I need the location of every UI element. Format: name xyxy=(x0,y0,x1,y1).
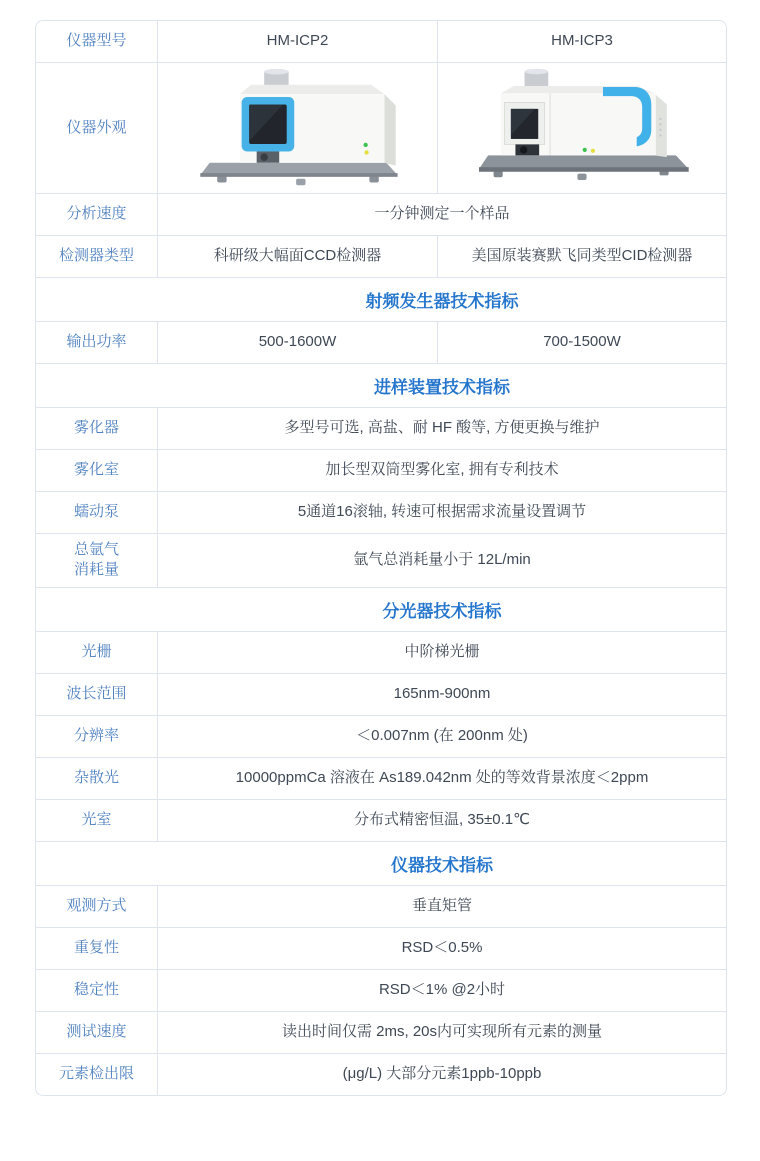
section-header-row: 仪器技术指标 xyxy=(36,841,726,885)
value-cell: (μg/L) 大部分元素1ppb-10ppb xyxy=(158,1054,726,1095)
value-cell: 10000ppmCa 溶液在 As189.042nm 处的等效背景浓度＜2ppm xyxy=(158,758,726,799)
table-row: 测试速度读出时间仅需 2ms, 20s内可实现所有元素的测量 xyxy=(36,1011,726,1053)
hm-icp2-product-image xyxy=(158,63,438,193)
table-row: 重复性RSD＜0.5% xyxy=(36,927,726,969)
spec-sheet-page: 仪器型号HM-ICP2HM-ICP3仪器外观 xyxy=(0,0,760,1161)
row-label: 稳定性 xyxy=(36,970,158,1011)
table-row: 输出功率500-1600W700-1500W xyxy=(36,321,726,363)
table-row: 元素检出限(μg/L) 大部分元素1ppb-10ppb xyxy=(36,1053,726,1095)
section-title: 仪器技术指标 xyxy=(158,842,726,885)
row-label: 杂散光 xyxy=(36,758,158,799)
value-cell: 中阶梯光栅 xyxy=(158,632,726,673)
table-row: 光室分布式精密恒温, 35±0.1℃ xyxy=(36,799,726,841)
value-cell: HM-ICP3 xyxy=(438,21,726,62)
value-cell: 垂直矩管 xyxy=(158,886,726,927)
row-label: 仪器外观 xyxy=(36,63,158,193)
row-label: 观测方式 xyxy=(36,886,158,927)
table-row: 稳定性RSD＜1% @2小时 xyxy=(36,969,726,1011)
table-row: 雾化器多型号可选, 高盐、耐 HF 酸等, 方便更换与维护 xyxy=(36,407,726,449)
value-cell: 165nm-900nm xyxy=(158,674,726,715)
value-cell: 科研级大幅面CCD检测器 xyxy=(158,236,438,277)
row-label: 分辨率 xyxy=(36,716,158,757)
table-row: 仪器型号HM-ICP2HM-ICP3 xyxy=(36,21,726,62)
row-label: 蠕动泵 xyxy=(36,492,158,533)
row-label: 雾化室 xyxy=(36,450,158,491)
value-cell: 氩气总消耗量小于 12L/min xyxy=(158,534,726,587)
value-cell: HM-ICP2 xyxy=(158,21,438,62)
spec-table: 仪器型号HM-ICP2HM-ICP3仪器外观 xyxy=(35,20,727,1096)
value-cell: 700-1500W xyxy=(438,322,726,363)
row-label: 总氩气 消耗量 xyxy=(36,534,158,587)
table-row: 总氩气 消耗量氩气总消耗量小于 12L/min xyxy=(36,533,726,587)
table-row: 观测方式垂直矩管 xyxy=(36,885,726,927)
value-cell: 一分钟测定一个样品 xyxy=(158,194,726,235)
value-cell: 500-1600W xyxy=(158,322,438,363)
table-row: 波长范围165nm-900nm xyxy=(36,673,726,715)
row-label: 测试速度 xyxy=(36,1012,158,1053)
value-cell: 读出时间仅需 2ms, 20s内可实现所有元素的测量 xyxy=(158,1012,726,1053)
hm-icp3-product-image xyxy=(438,63,726,193)
section-title: 射频发生器技术指标 xyxy=(158,278,726,321)
section-header-row: 分光器技术指标 xyxy=(36,587,726,631)
table-row: 杂散光10000ppmCa 溶液在 As189.042nm 处的等效背景浓度＜2… xyxy=(36,757,726,799)
row-label: 光栅 xyxy=(36,632,158,673)
value-cell: RSD＜1% @2小时 xyxy=(158,970,726,1011)
row-label: 检测器类型 xyxy=(36,236,158,277)
value-cell: 5通道16滚轴, 转速可根据需求流量设置调节 xyxy=(158,492,726,533)
table-row: 分析速度一分钟测定一个样品 xyxy=(36,193,726,235)
section-title: 分光器技术指标 xyxy=(158,588,726,631)
row-label: 重复性 xyxy=(36,928,158,969)
table-row: 仪器外观 xyxy=(36,62,726,193)
table-row: 蠕动泵5通道16滚轴, 转速可根据需求流量设置调节 xyxy=(36,491,726,533)
table-row: 检测器类型科研级大幅面CCD检测器美国原装赛默飞同类型CID检测器 xyxy=(36,235,726,277)
row-label: 分析速度 xyxy=(36,194,158,235)
row-label: 仪器型号 xyxy=(36,21,158,62)
table-row: 分辨率＜0.007nm (在 200nm 处) xyxy=(36,715,726,757)
value-cell: 分布式精密恒温, 35±0.1℃ xyxy=(158,800,726,841)
table-row: 光栅中阶梯光栅 xyxy=(36,631,726,673)
row-label: 雾化器 xyxy=(36,408,158,449)
value-cell: 加长型双筒型雾化室, 拥有专利技术 xyxy=(158,450,726,491)
value-cell: 多型号可选, 高盐、耐 HF 酸等, 方便更换与维护 xyxy=(158,408,726,449)
row-label: 元素检出限 xyxy=(36,1054,158,1095)
section-title: 进样装置技术指标 xyxy=(158,364,726,407)
row-label: 输出功率 xyxy=(36,322,158,363)
row-label: 光室 xyxy=(36,800,158,841)
value-cell: ＜0.007nm (在 200nm 处) xyxy=(158,716,726,757)
value-cell: RSD＜0.5% xyxy=(158,928,726,969)
value-cell: 美国原装赛默飞同类型CID检测器 xyxy=(438,236,726,277)
table-row: 雾化室加长型双筒型雾化室, 拥有专利技术 xyxy=(36,449,726,491)
row-label: 波长范围 xyxy=(36,674,158,715)
section-header-row: 射频发生器技术指标 xyxy=(36,277,726,321)
section-header-row: 进样装置技术指标 xyxy=(36,363,726,407)
